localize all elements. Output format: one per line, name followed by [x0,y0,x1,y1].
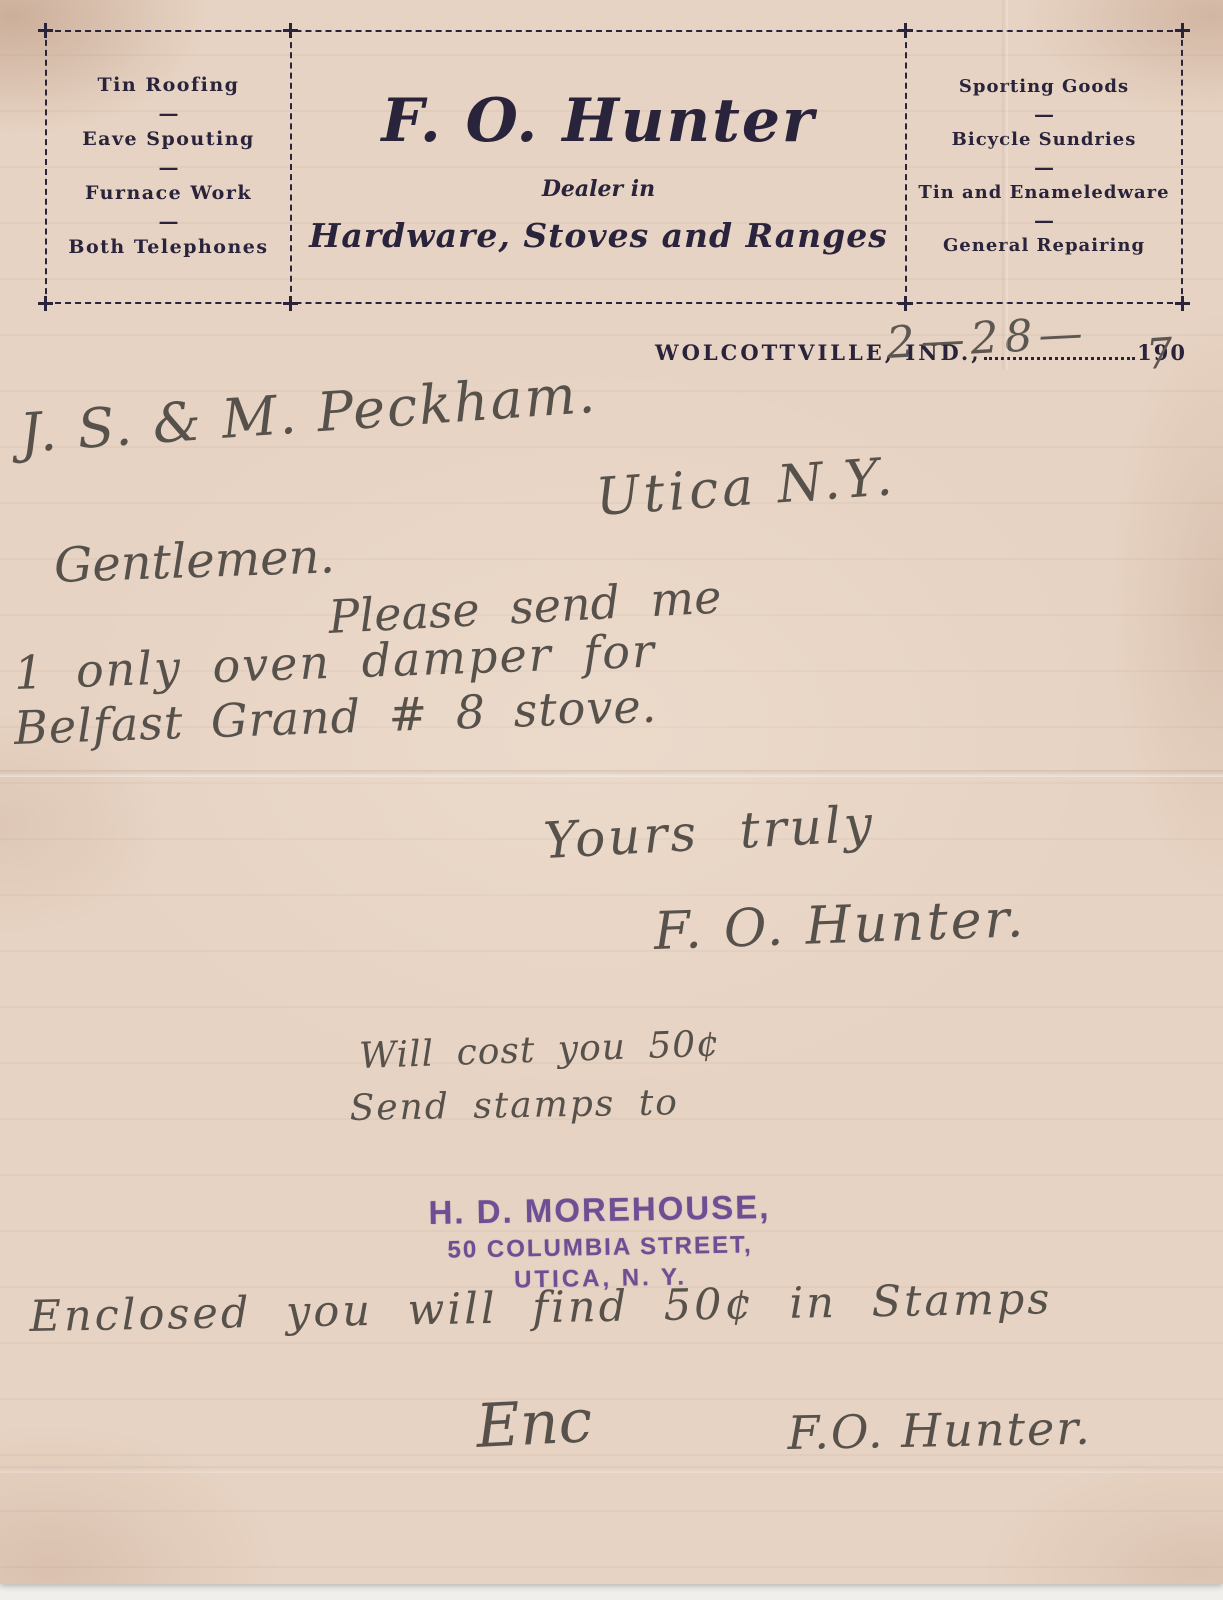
separator-dash: — [159,155,179,179]
fold-crease [1002,0,1008,370]
cross-ornament-icon [38,23,53,38]
letterhead-right-services: Sporting Goods — Bicycle Sundries — Tin … [905,32,1181,302]
separator-dash: — [1034,102,1054,126]
fold-crease [0,1466,1223,1473]
handwritten-year-digit: 7 [1145,328,1175,379]
separator-dash: — [159,209,179,233]
handwritten-date: 2—28— [885,307,1089,369]
enclosure-notation: Enc [474,1386,594,1462]
stamp-street: 50 COLUMBIA STREET, [395,1229,805,1267]
letter-sheet: Tin Roofing — Eave Spouting — Furnace Wo… [0,0,1223,1584]
note-line-2: Send stamps to [349,1082,679,1129]
cross-ornament-icon [898,23,913,38]
closing-line: Yours truly [542,795,876,870]
service-item: Tin and Enameledware [918,184,1169,203]
cross-ornament-icon [898,296,913,311]
cross-ornament-icon [38,296,53,311]
service-item: Sporting Goods [959,78,1129,97]
stamp-name: H. D. MOREHOUSE, [394,1188,805,1231]
cross-ornament-icon [1175,296,1190,311]
cross-ornament-icon [1175,23,1190,38]
letterhead-brand: F. O. Hunter Dealer in Hardware, Stoves … [292,32,905,302]
separator-dash: — [1034,208,1054,232]
dealer-line: Dealer in [542,176,655,202]
company-name: F. O. Hunter [381,86,815,156]
service-item: Bicycle Sundries [952,131,1137,150]
note-line-1: Will cost you 50¢ [359,1023,721,1077]
signature-line-2: F.O. Hunter. [787,1401,1092,1460]
separator-dash: — [159,101,179,125]
recipient-line: J. S. & M. Peckham. [18,362,599,465]
rubber-stamp: H. D. MOREHOUSE, 50 COLUMBIA STREET, UTI… [394,1188,806,1297]
letterhead-left-services: Tin Roofing — Eave Spouting — Furnace Wo… [47,32,292,302]
business-line: Hardware, Stoves and Ranges [309,216,888,255]
signature-line: F. O. Hunter. [653,889,1027,962]
service-item: General Repairing [943,237,1145,256]
service-item: Tin Roofing [98,76,240,96]
salutation-line: Gentlemen. [53,528,336,594]
cross-ornament-icon [283,23,298,38]
fold-crease [0,770,1223,777]
cross-ornament-icon [283,296,298,311]
service-item: Eave Spouting [82,130,255,150]
letterhead-frame: Tin Roofing — Eave Spouting — Furnace Wo… [45,30,1183,304]
recipient-city-line: Utica N.Y. [594,447,898,528]
service-item: Furnace Work [85,184,252,204]
separator-dash: — [1034,155,1054,179]
service-item: Both Telephones [68,238,268,258]
